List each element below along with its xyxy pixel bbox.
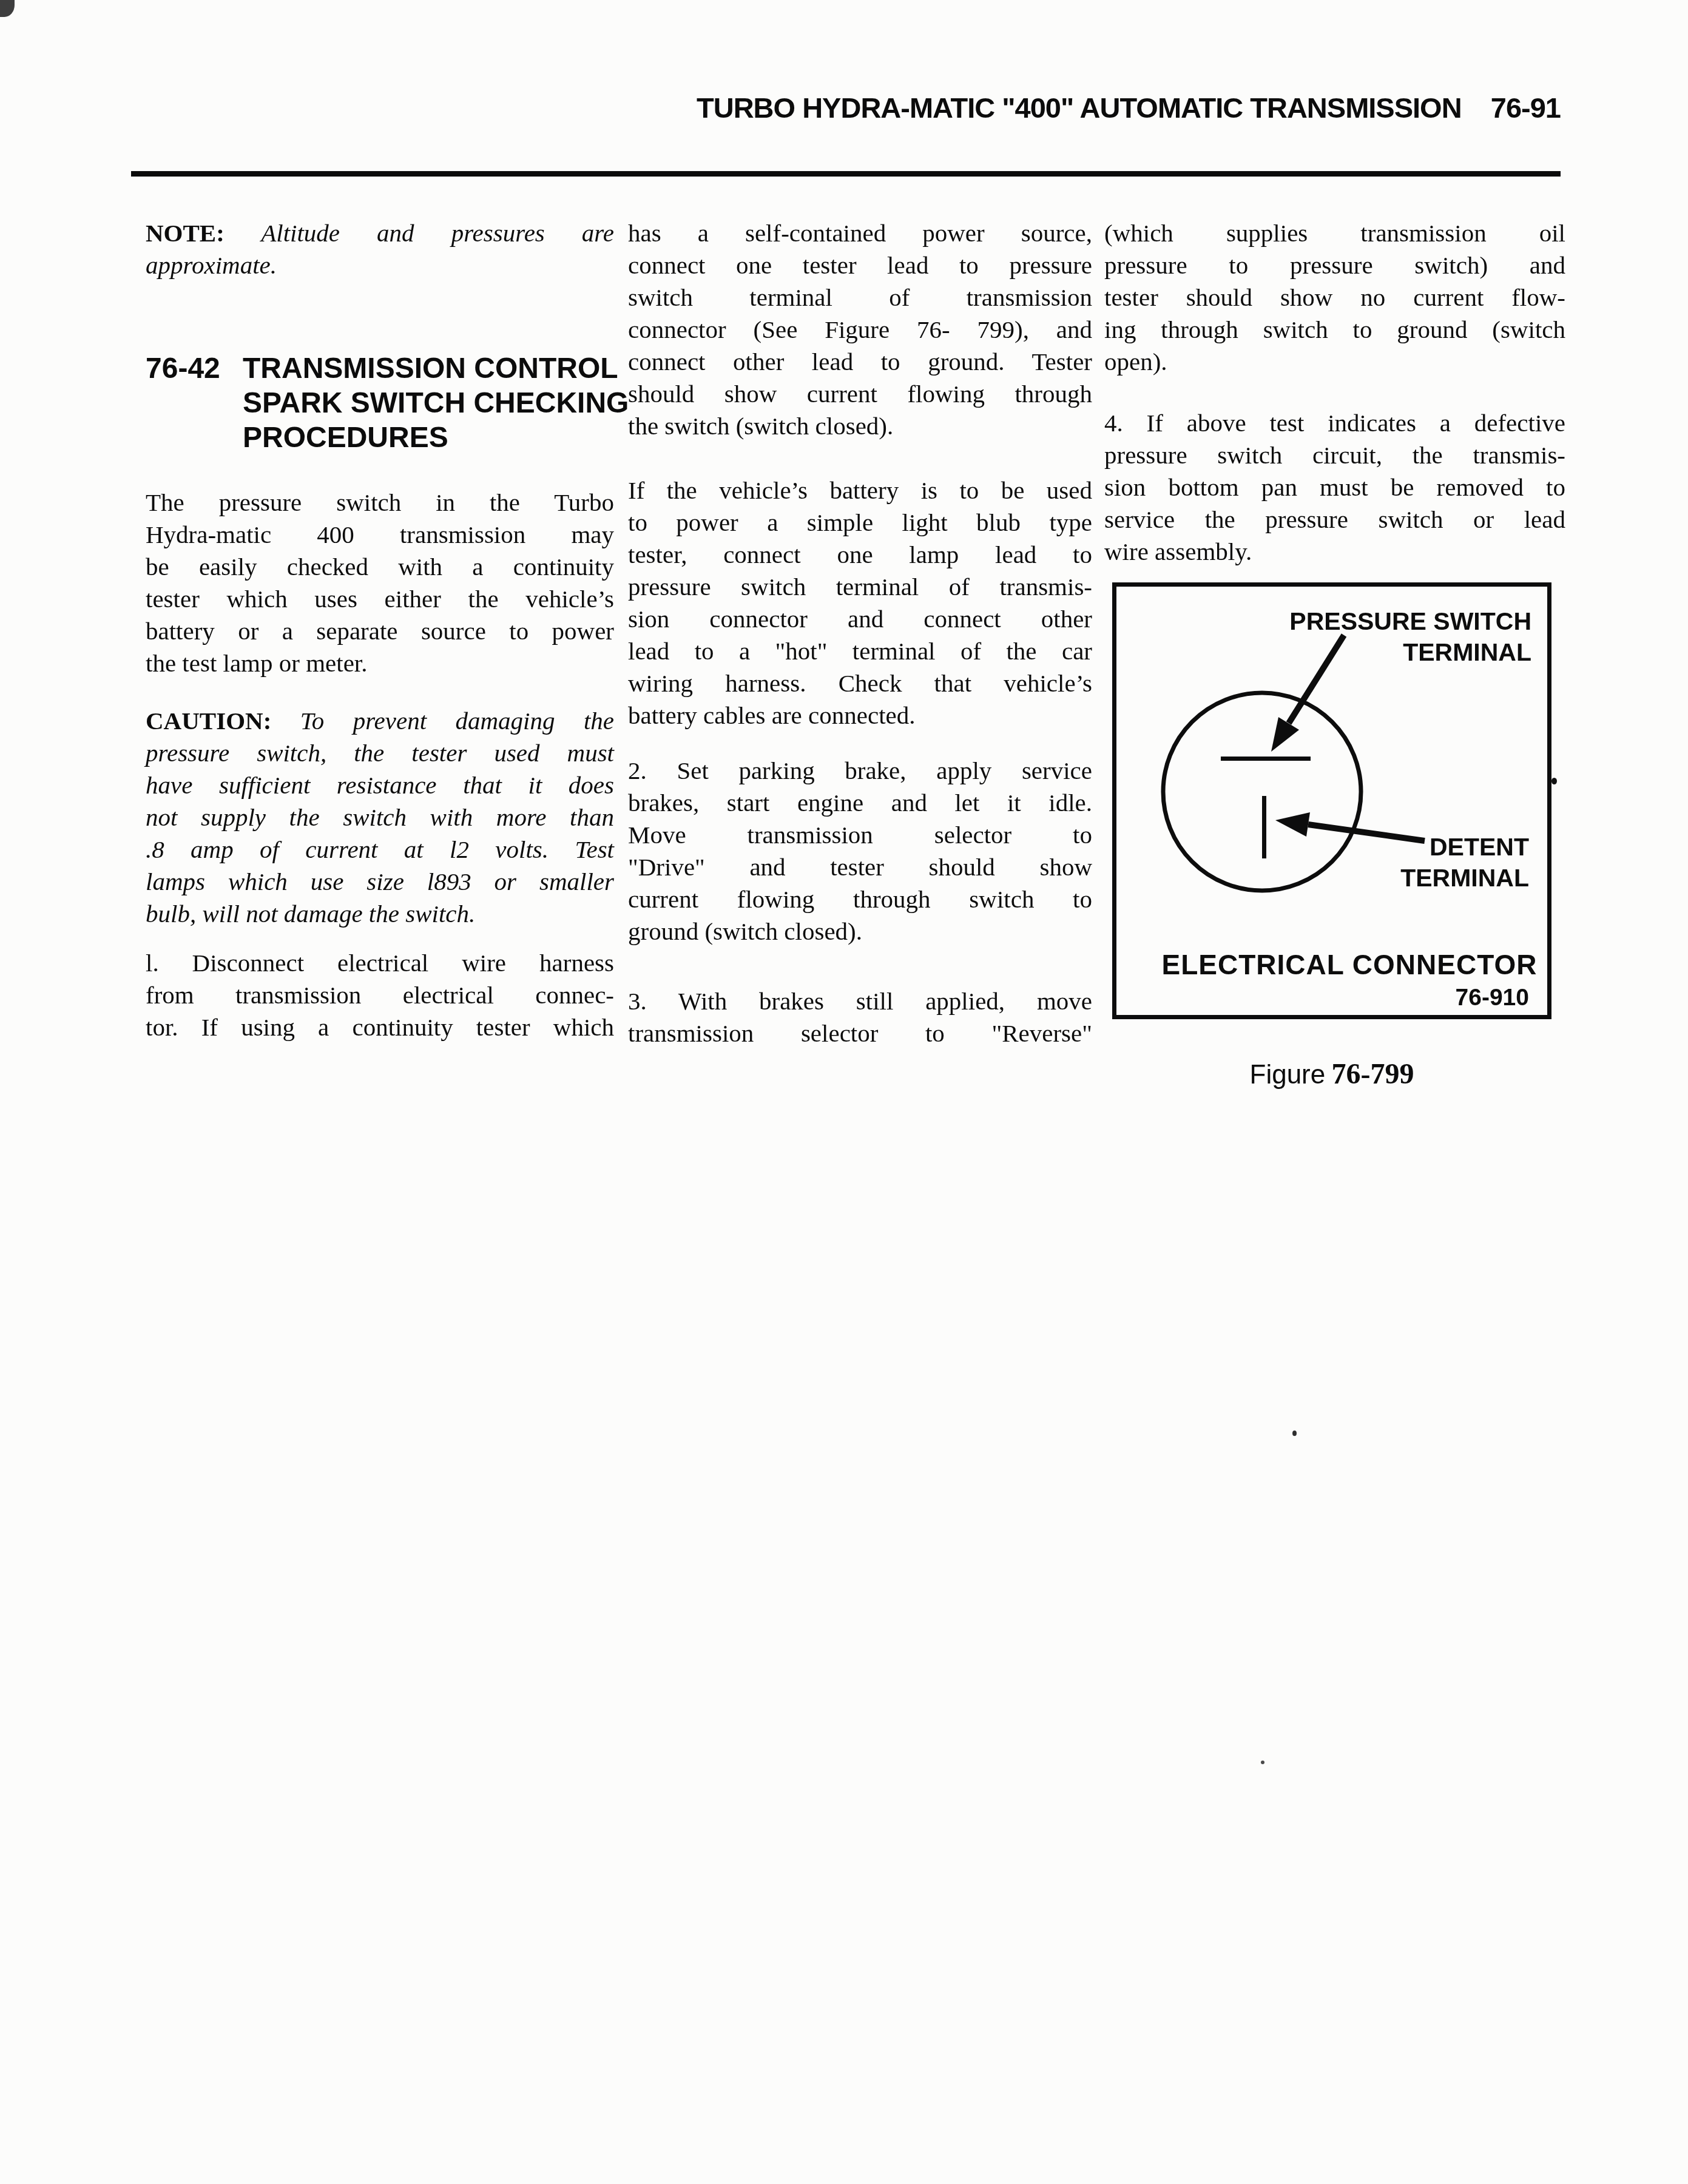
text-line: the switch (switch closed).: [628, 410, 1092, 442]
heading-lines: TRANSMISSION CONTROL SPARK SWITCH CHECKI…: [243, 351, 614, 455]
text-line: wiring harness. Check that vehicle’s: [628, 667, 1092, 699]
text-line: 4. If above test indicates a defective: [1104, 407, 1565, 439]
text-line: tester, connect one lamp lead to: [628, 539, 1092, 571]
text-line: sion bottom pan must be removed to: [1104, 471, 1565, 504]
text-line: (which supplies transmission oil: [1104, 217, 1565, 249]
text-line: be easily checked with a continuity: [146, 551, 614, 583]
numbered-step: 3. With brakes still applied, move trans…: [628, 985, 1092, 1050]
figure-caption: Figure 76-799: [1112, 1058, 1551, 1091]
text-line: connect other lead to ground. Tester: [628, 346, 1092, 378]
text-line: .8 amp of current at l2 volts. Test: [146, 834, 614, 866]
figure-code: 76-910: [1456, 982, 1529, 1013]
label-line: TERMINAL: [1289, 637, 1531, 668]
column-right: (which supplies transmission oil pressur…: [1104, 217, 1565, 1091]
text-line: pressure switch, the tester used must: [146, 737, 614, 769]
header-title: TURBO HYDRA-MATIC "400" AUTOMATIC TRANSM…: [697, 91, 1462, 124]
text-line: not supply the switch with more than: [146, 801, 614, 834]
text-line: brakes, start engine and let it idle.: [628, 787, 1092, 819]
page: { "header": { "title": "TURBO HYDRA-MATI…: [0, 0, 1688, 2184]
text-line: tester should show no current flow-: [1104, 281, 1565, 314]
electrical-connector-label: ELECTRICAL CONNECTOR: [1155, 949, 1544, 980]
column-middle: has a self-contained power source, conne…: [628, 217, 1092, 1050]
body-paragraph: The pressure switch in the Turbo Hydra-m…: [146, 487, 614, 679]
pressure-switch-slot: [1221, 757, 1311, 761]
text-line: NOTE: Altitude and pressures are: [146, 217, 614, 249]
text-line: lamps which use size l893 or smaller: [146, 866, 614, 898]
text-line: lead to a "hot" terminal of the car: [628, 635, 1092, 667]
numbered-step: 2. Set parking brake, apply service brak…: [628, 755, 1092, 948]
body-paragraph: (which supplies transmission oil pressur…: [1104, 217, 1565, 378]
note-paragraph: NOTE: Altitude and pressures are approxi…: [146, 217, 614, 281]
text-line: battery or a separate source to power: [146, 615, 614, 647]
heading-line: SPARK SWITCH CHECKING: [243, 386, 614, 420]
header-page-number: 76-91: [1491, 91, 1561, 124]
text-line: pressure switch circuit, the transmis-: [1104, 439, 1565, 471]
body-paragraph: has a self-contained power source, conne…: [628, 217, 1092, 442]
note-text: Altitude and pressures are: [261, 219, 614, 247]
label-line: DETENT: [1400, 832, 1529, 863]
caution-lead: CAUTION:: [146, 707, 271, 735]
scan-speck: [1261, 1761, 1264, 1764]
header-rule: [131, 171, 1561, 177]
caption-prefix: Figure: [1250, 1060, 1326, 1090]
text-line: Hydra-matic 400 transmission may: [146, 519, 614, 551]
heading-line: TRANSMISSION CONTROL: [243, 351, 614, 386]
text-line: current flowing through switch to: [628, 883, 1092, 915]
label-line: TERMINAL: [1400, 863, 1529, 894]
caption-number: 76-799: [1331, 1058, 1414, 1090]
label-line: PRESSURE SWITCH: [1289, 606, 1531, 637]
note-lead: NOTE:: [146, 219, 225, 247]
detent-slot: [1262, 796, 1266, 858]
scan-smudge: [0, 0, 15, 17]
text-line: battery cables are connected.: [628, 699, 1092, 732]
text-line: connect one tester lead to pressure: [628, 249, 1092, 281]
text-line: connector (See Figure 76- 799), and: [628, 314, 1092, 346]
text-line: wire assembly.: [1104, 536, 1565, 568]
text-line: Move transmission selector to: [628, 819, 1092, 851]
text-line: approximate.: [146, 249, 614, 281]
text-line: pressure to pressure switch) and: [1104, 249, 1565, 281]
text-line: open).: [1104, 346, 1565, 378]
text-line: bulb, will not damage the switch.: [146, 898, 614, 930]
column-left: NOTE: Altitude and pressures are approxi…: [146, 217, 614, 1043]
text-line: l. Disconnect electrical wire harness: [146, 947, 614, 979]
text-line: should show current flowing through: [628, 378, 1092, 410]
section-heading: 76-42 TRANSMISSION CONTROL SPARK SWITCH …: [146, 351, 614, 455]
numbered-step: 4. If above test indicates a defective p…: [1104, 407, 1565, 568]
text-line: tester which uses either the vehicle’s: [146, 583, 614, 615]
scan-speck: [1551, 778, 1557, 784]
scan-speck: [1292, 1431, 1297, 1436]
detent-terminal-label: DETENT TERMINAL: [1400, 832, 1529, 894]
figure-box: PRESSURE SWITCH TERMINAL DETENT TERMINAL…: [1112, 582, 1551, 1019]
text-line: service the pressure switch or lead: [1104, 504, 1565, 536]
text-line: the test lamp or meter.: [146, 647, 614, 679]
text-line: sion connector and connect other: [628, 603, 1092, 635]
caution-text: To prevent damaging the: [300, 707, 614, 735]
text-line: The pressure switch in the Turbo: [146, 487, 614, 519]
body-paragraph: If the vehicle’s battery is to be used t…: [628, 474, 1092, 732]
text-line: transmission selector to "Reverse": [628, 1017, 1092, 1050]
text-line: has a self-contained power source,: [628, 217, 1092, 249]
heading-number: 76-42: [146, 351, 220, 386]
caution-paragraph: CAUTION: To prevent damaging the pressur…: [146, 705, 614, 930]
text-line: "Drive" and tester should show: [628, 851, 1092, 883]
text-line: If the vehicle’s battery is to be used: [628, 474, 1092, 507]
numbered-step: l. Disconnect electrical wire harness fr…: [146, 947, 614, 1043]
text-line: 2. Set parking brake, apply service: [628, 755, 1092, 787]
text-line: to power a simple light blub type: [628, 507, 1092, 539]
text-line: ing through switch to ground (switch: [1104, 314, 1565, 346]
text-line: switch terminal of transmission: [628, 281, 1092, 314]
text-line: 3. With brakes still applied, move: [628, 985, 1092, 1017]
heading-line: PROCEDURES: [243, 420, 614, 455]
text-line: CAUTION: To prevent damaging the: [146, 705, 614, 737]
text-line: from transmission electrical connec-: [146, 979, 614, 1011]
text-line: tor. If using a continuity tester which: [146, 1011, 614, 1043]
pressure-switch-terminal-label: PRESSURE SWITCH TERMINAL: [1289, 606, 1531, 668]
text-line: pressure switch terminal of transmis-: [628, 571, 1092, 603]
text-line: have sufficient resistance that it does: [146, 769, 614, 801]
connector-circle: [1163, 693, 1361, 891]
text-line: ground (switch closed).: [628, 915, 1092, 948]
